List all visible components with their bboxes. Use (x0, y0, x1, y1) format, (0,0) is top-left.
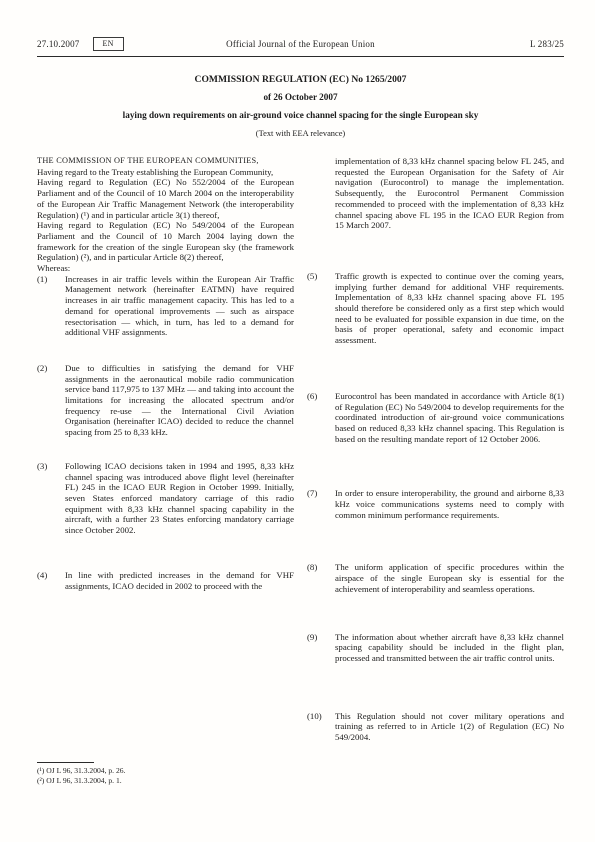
recital-number: (6) (307, 391, 335, 445)
recital-8: (8) The uniform application of specific … (307, 562, 564, 594)
recital-text: The information about whether aircraft h… (335, 632, 564, 664)
having-regard-549-2004: Having regard to Regulation (EC) No 549/… (37, 220, 294, 263)
page-reference: L 283/25 (375, 39, 564, 49)
recital-10: (10) This Regulation should not cover mi… (307, 711, 564, 743)
recital-2: (2) Due to difficulties in satisfying th… (37, 363, 294, 438)
recital-text: Eurocontrol has been mandated in accorda… (335, 391, 564, 445)
recital-number: (1) (37, 274, 65, 338)
recital-5: (5) Traffic growth is expected to contin… (307, 271, 564, 346)
eea-relevance-note: (Text with EEA relevance) (37, 129, 564, 139)
recital-6: (6) Eurocontrol has been mandated in acc… (307, 391, 564, 445)
header-rule (37, 56, 564, 57)
recital-text: Traffic growth is expected to continue o… (335, 271, 564, 346)
recital-text: Due to difficulties in satisfying the de… (65, 363, 294, 438)
left-column: THE COMMISSION OF THE EUROPEAN COMMUNITI… (37, 156, 294, 743)
recital-text: In line with predicted increases in the … (65, 570, 294, 591)
footnote-1: (¹) OJ L 96, 31.3.2004, p. 26. (37, 766, 294, 776)
recital-number: (10) (307, 711, 335, 743)
regulation-date: of 26 October 2007 (37, 92, 564, 103)
recital-text: implementation of 8,33 kHz channel spaci… (335, 156, 564, 231)
recital-text: In order to ensure interoperability, the… (335, 488, 564, 520)
recital-text: The uniform application of specific proc… (335, 562, 564, 594)
recital-number-spacer (307, 156, 335, 231)
recital-number: (8) (307, 562, 335, 594)
recital-text: Increases in air traffic levels within t… (65, 274, 294, 338)
having-regard-552-2004: Having regard to Regulation (EC) No 552/… (37, 177, 294, 220)
recital-9: (9) The information about whether aircra… (307, 632, 564, 664)
footnote-rule (37, 762, 94, 763)
recital-number: (7) (307, 488, 335, 520)
page-header: 27.10.2007 EN Official Journal of the Eu… (37, 0, 564, 51)
recital-1: (1) Increases in air traffic levels with… (37, 274, 294, 338)
recital-4-continuation: implementation of 8,33 kHz channel spaci… (307, 156, 564, 231)
recital-3: (3) Following ICAO decisions taken in 19… (37, 461, 294, 536)
recital-text: Following ICAO decisions taken in 1994 a… (65, 461, 294, 536)
language-badge: EN (93, 37, 124, 51)
footnotes: (¹) OJ L 96, 31.3.2004, p. 26. (²) OJ L … (37, 762, 294, 785)
header-date: 27.10.2007 (37, 39, 80, 49)
commission-opening: THE COMMISSION OF THE EUROPEAN COMMUNITI… (37, 156, 294, 167)
regulation-title: COMMISSION REGULATION (EC) No 1265/2007 (37, 74, 564, 85)
regulation-subject: laying down requirements on air-ground v… (37, 110, 564, 121)
journal-title: Official Journal of the European Union (226, 39, 375, 49)
body-columns: THE COMMISSION OF THE EUROPEAN COMMUNITI… (37, 156, 564, 743)
title-block: COMMISSION REGULATION (EC) No 1265/2007 … (37, 74, 564, 139)
document-page: 27.10.2007 EN Official Journal of the Eu… (0, 0, 595, 842)
recital-number: (5) (307, 271, 335, 346)
recital-7: (7) In order to ensure interoperability,… (307, 488, 564, 520)
recital-number: (9) (307, 632, 335, 664)
header-left: 27.10.2007 EN (37, 37, 226, 51)
recital-text: This Regulation should not cover militar… (335, 711, 564, 743)
recital-4: (4) In line with predicted increases in … (37, 570, 294, 591)
recital-number: (3) (37, 461, 65, 536)
footnote-2: (²) OJ L 96, 31.3.2004, p. 1. (37, 776, 294, 786)
right-column: implementation of 8,33 kHz channel spaci… (307, 156, 564, 743)
recital-number: (4) (37, 570, 65, 591)
having-regard-treaty: Having regard to the Treaty establishing… (37, 167, 294, 178)
whereas-label: Whereas: (37, 263, 294, 274)
recital-number: (2) (37, 363, 65, 438)
